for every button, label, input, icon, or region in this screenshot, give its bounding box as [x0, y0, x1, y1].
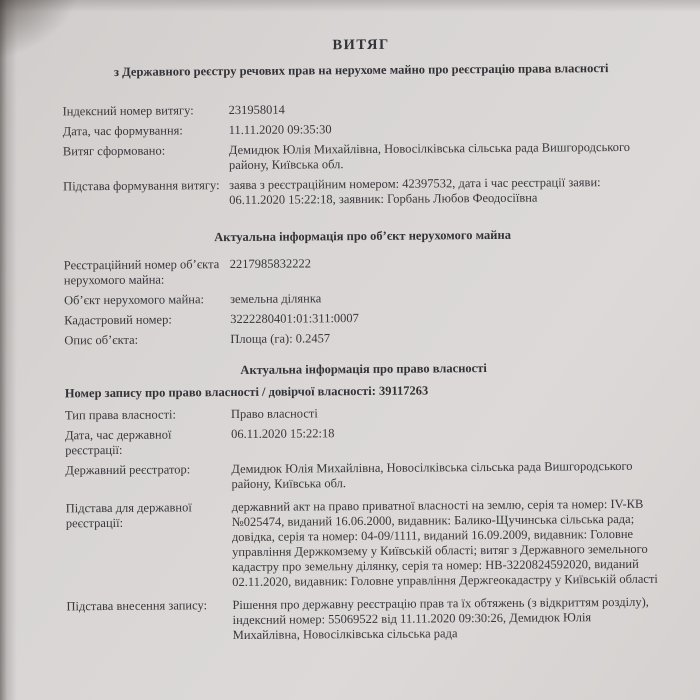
field-value: 2217985832222 — [230, 254, 658, 287]
section-heading-object: Актуальна інформація про об’єкт нерухомо… — [64, 227, 662, 247]
ownership-record-number: Номер запису про право власності / довір… — [65, 382, 663, 402]
field-row-record-entry-basis: Підстава внесення запису: Рішення про де… — [66, 595, 664, 645]
field-row-ownership-type: Тип права власності: Право власності — [65, 404, 663, 424]
field-value: земельна ділянка — [230, 289, 658, 307]
field-row-state-registrar: Державний реєстратор: Демидюк Юлія Михай… — [65, 459, 663, 494]
field-row-formed-by: Витяг сформовано: Демидюк Юлія Михайлівн… — [63, 140, 661, 175]
field-value: Рішення про державну реєстрацію прав та … — [232, 595, 660, 643]
field-label: Підстава внесення запису: — [66, 598, 232, 644]
field-row-index-number: Індексний номер витягу: 231958014 — [63, 100, 661, 120]
field-label: Дата, час державної реєстрації: — [65, 427, 231, 458]
field-label: Підстава для державної реєстрації: — [66, 500, 233, 591]
field-row-cadastral-number: Кадастровий номер: 3222280401:01:311:000… — [64, 309, 662, 329]
field-row-property-object: Об’єкт нерухомого майна: земельна ділянк… — [64, 289, 662, 309]
field-value: Право власності — [231, 404, 659, 422]
field-value: Демидюк Юлія Михайлівна, Новосілківська … — [231, 459, 659, 492]
field-label: Дата, час формування: — [63, 123, 229, 139]
field-row-formation-datetime: Дата, час формування: 11.11.2020 09:35:3… — [63, 120, 661, 140]
field-value: Демидюк Юлія Михайлівна, Новосілківська … — [229, 140, 657, 173]
document-sheet: ВИТЯГ з Державного реєстру речових прав … — [62, 36, 665, 650]
field-value: державний акт на право приватної власнос… — [232, 497, 661, 590]
field-row-registration-number: Реєстраційний номер об’єкта нерухомого м… — [64, 254, 662, 289]
field-label: Державний реєстратор: — [65, 462, 231, 493]
photographed-paper-document: { "document": { "title": "ВИТЯГ", "subti… — [0, 0, 700, 700]
document-title: ВИТЯГ — [62, 36, 660, 56]
field-label: Кадастровий номер: — [64, 312, 230, 328]
field-row-state-registration-datetime: Дата, час державної реєстрації: 06.11.20… — [65, 424, 663, 459]
field-label: Опис об’єкта: — [64, 332, 230, 348]
field-value: заява з реєстраційним номером: 42397532,… — [229, 175, 657, 208]
field-label: Підстава формування витягу: — [63, 178, 229, 209]
section-heading-ownership: Актуальна інформація про право власності — [65, 360, 663, 380]
field-label: Індексний номер витягу: — [63, 103, 229, 119]
field-label: Реєстраційний номер об’єкта нерухомого м… — [64, 257, 230, 288]
field-label: Витяг сформовано: — [63, 143, 229, 174]
field-row-object-description: Опис об’єкта: Площа (га): 0.2457 — [64, 329, 662, 349]
field-label: Тип права власності: — [65, 407, 231, 423]
field-label: Об’єкт нерухомого майна: — [64, 292, 230, 308]
field-row-formation-basis: Підстава формування витягу: заява з реєс… — [63, 175, 661, 210]
field-value: 06.11.2020 15:22:18 — [231, 424, 659, 457]
field-value: 3222280401:01:311:0007 — [230, 309, 658, 327]
field-row-registration-basis: Підстава для державної реєстрації: держа… — [66, 497, 665, 592]
field-value: Площа (га): 0.2457 — [230, 329, 658, 347]
field-value: 11.11.2020 09:35:30 — [229, 120, 657, 138]
document-subtitle: з Державного реєстру речових прав на нер… — [62, 61, 660, 81]
field-value: 231958014 — [229, 100, 657, 118]
